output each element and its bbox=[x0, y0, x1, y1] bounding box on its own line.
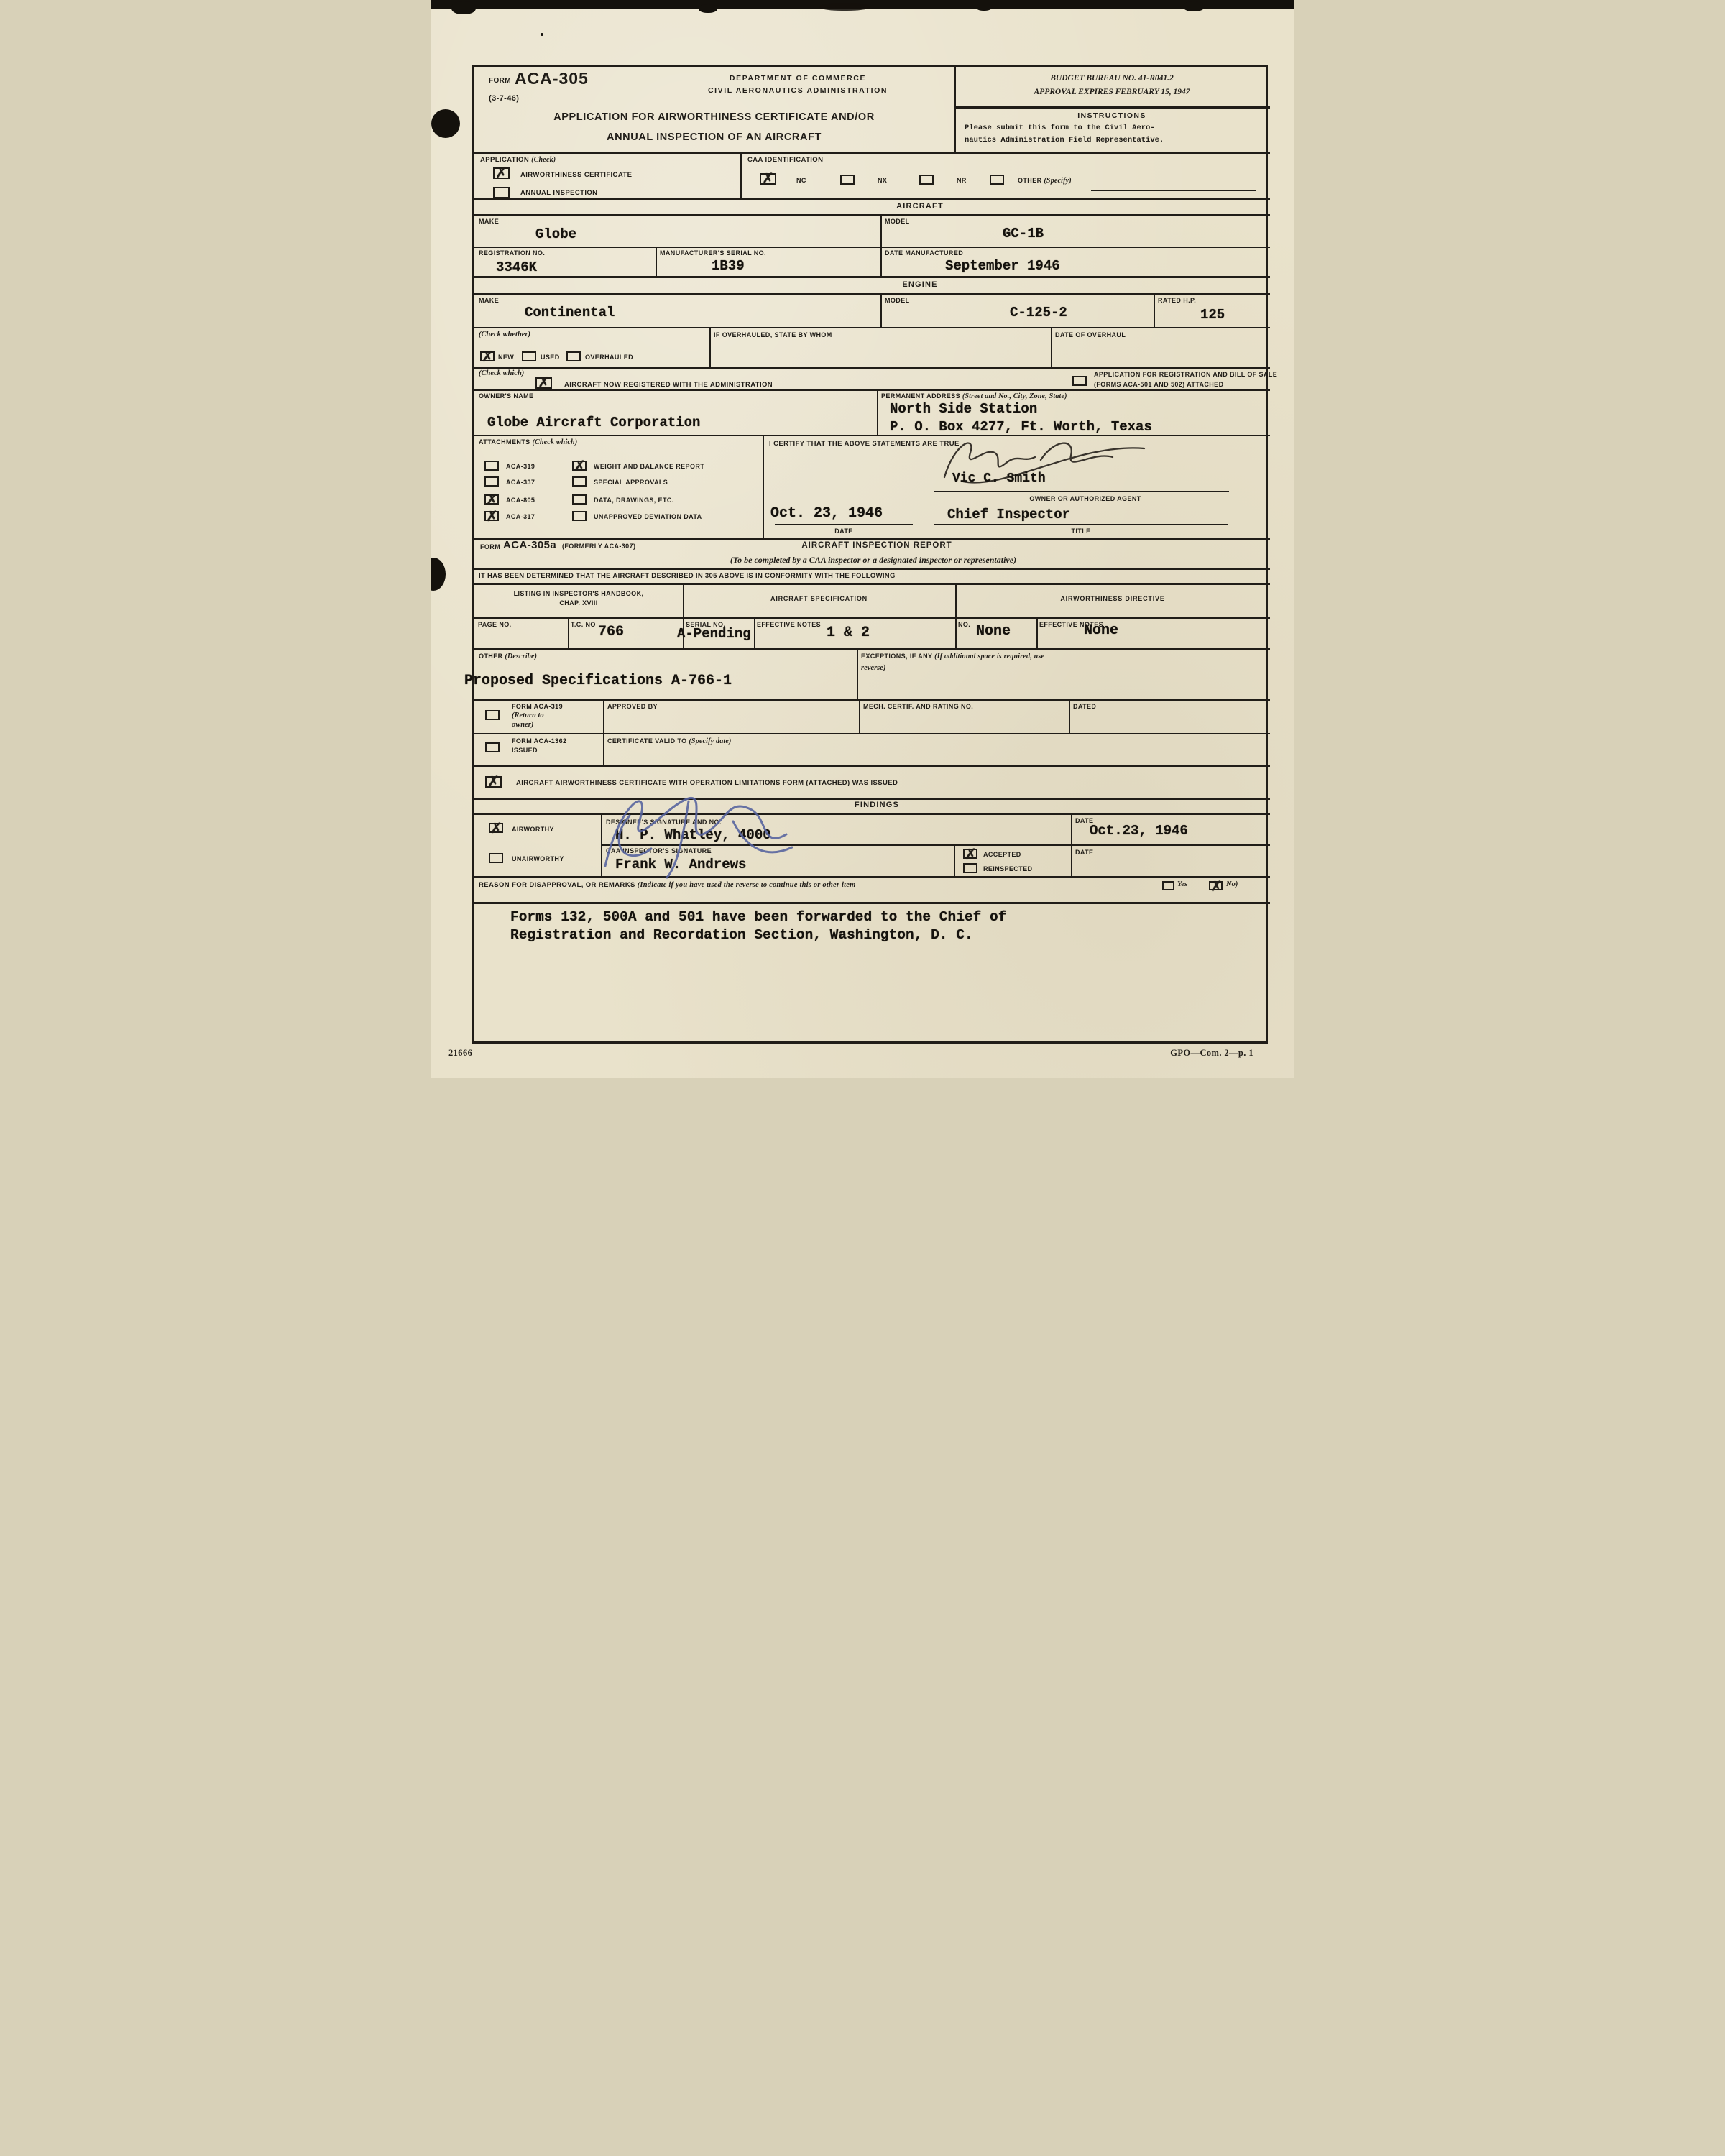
airworthy-checkbox: ✗ bbox=[489, 823, 503, 833]
inspection-report-subtitle: (To be completed by a CAA inspector or a… bbox=[532, 555, 1215, 566]
overhauled-by-label: IF OVERHAULED, STATE BY WHOM bbox=[714, 331, 832, 338]
row-border bbox=[474, 276, 1270, 278]
other-describe-label: OTHER (Describe) bbox=[479, 653, 537, 660]
cell-divider bbox=[859, 701, 860, 733]
form-revision: (3-7-46) bbox=[489, 94, 519, 103]
overhauled-checkbox bbox=[566, 351, 581, 361]
exceptions-label: EXCEPTIONS, IF ANY (If additional space … bbox=[861, 653, 1044, 660]
row-border bbox=[474, 648, 1270, 650]
form-aca-319-return2: owner) bbox=[512, 721, 533, 729]
reinspected-checkbox bbox=[963, 863, 977, 873]
col-aircraft-spec: AIRCRAFT SPECIFICATION bbox=[683, 595, 955, 602]
remarks-no-label: No) bbox=[1226, 880, 1238, 888]
permanent-address-label: PERMANENT ADDRESS (Street and No., City,… bbox=[881, 392, 1067, 400]
rated-hp-label: RATED H.P. bbox=[1158, 297, 1196, 304]
row-border bbox=[474, 293, 1270, 295]
punch-hole bbox=[431, 558, 446, 591]
cell-divider bbox=[568, 619, 569, 648]
remarks-no-checkbox: ✗ bbox=[1209, 881, 1223, 890]
registration-label: REGISTRATION NO. bbox=[479, 249, 545, 257]
accepted-label: ACCEPTED bbox=[983, 851, 1021, 858]
col-airworthiness-directive: AIRWORTHINESS DIRECTIVE bbox=[955, 595, 1270, 602]
ink-speck bbox=[540, 33, 543, 36]
date-manufactured-label: DATE MANUFACTURED bbox=[885, 249, 963, 257]
remarks-yes-checkbox bbox=[1162, 881, 1174, 890]
data-drawings-checkbox bbox=[572, 494, 586, 505]
punch-hole bbox=[431, 109, 460, 138]
row-border bbox=[474, 798, 1270, 800]
certification-date-label: DATE bbox=[775, 528, 913, 535]
certificate-valid-label: CERTIFICATE VALID TO (Specify date) bbox=[607, 737, 732, 745]
nc-label: NC bbox=[796, 177, 806, 184]
instructions-title: INSTRUCTIONS bbox=[957, 111, 1266, 120]
findings-date2-label: DATE bbox=[1075, 849, 1093, 856]
column-divider bbox=[740, 152, 742, 198]
airworthiness-certificate-checkbox: ✗ bbox=[493, 167, 510, 179]
certification-title-value: Chief Inspector bbox=[947, 507, 1070, 522]
aca-337-checkbox bbox=[484, 476, 499, 487]
spec-serial-value: A-Pending bbox=[677, 626, 751, 642]
aca-317-label: ACA-317 bbox=[506, 513, 535, 520]
row-border bbox=[474, 902, 1270, 904]
exceptions-label-line2: reverse) bbox=[861, 664, 885, 672]
approved-by-label: APPROVED BY bbox=[607, 703, 658, 710]
engine-section-title: ENGINE bbox=[866, 280, 974, 289]
registration-value: 3346K bbox=[496, 259, 537, 275]
check-which-label: (Check which) bbox=[479, 369, 524, 377]
aircraft-model-value: GC-1B bbox=[1003, 226, 1044, 241]
owner-name-label: OWNER'S NAME bbox=[479, 392, 533, 400]
agency-line2: CIVIL AERONAUTICS ADMINISTRATION bbox=[640, 86, 956, 95]
mech-certif-label: MECH. CERTIF. AND RATING NO. bbox=[863, 703, 973, 710]
nc-checkbox: ✗ bbox=[760, 173, 776, 185]
certificate-issued-label: AIRCRAFT AIRWORTHINESS CERTIFICATE WITH … bbox=[516, 779, 898, 787]
reason-remarks-label: REASON FOR DISAPPROVAL, OR REMARKS (Indi… bbox=[479, 881, 855, 889]
effective-notes-label: EFFECTIVE NOTES bbox=[757, 621, 821, 628]
unairworthy-checkbox bbox=[489, 853, 503, 863]
row-border bbox=[474, 733, 1270, 734]
tc-no-label: T.C. NO bbox=[571, 621, 596, 628]
overhaul-date-label: DATE OF OVERHAUL bbox=[1055, 331, 1126, 338]
airworthy-label: AIRWORTHY bbox=[512, 826, 554, 833]
reinspected-label: REINSPECTED bbox=[983, 865, 1032, 872]
owner-name-value: Globe Aircraft Corporation bbox=[487, 415, 700, 430]
form-aca-319-label: FORM ACA-319 bbox=[512, 703, 563, 710]
special-approvals-label: SPECIAL APPROVALS bbox=[594, 479, 668, 486]
owner-agent-label: OWNER OR AUTHORIZED AGENT bbox=[970, 495, 1200, 502]
title-line bbox=[934, 524, 1228, 525]
form-title-line2: ANNUAL INSPECTION OF AN AIRCRAFT bbox=[474, 132, 954, 143]
remarks-yes-label: Yes bbox=[1177, 880, 1187, 888]
page-no-label: PAGE NO. bbox=[478, 621, 512, 628]
cell-divider bbox=[954, 846, 955, 876]
cell-divider bbox=[709, 328, 711, 367]
findings-section-title: FINDINGS bbox=[819, 801, 934, 809]
row-border bbox=[474, 327, 1270, 328]
unapproved-deviation-checkbox bbox=[572, 511, 586, 521]
aca-319-checkbox bbox=[484, 461, 499, 471]
address-line2: P. O. Box 4277, Ft. Worth, Texas bbox=[890, 419, 1152, 435]
unapproved-deviation-label: UNAPPROVED DEVIATION DATA bbox=[594, 513, 702, 520]
aca-805-checkbox: ✗ bbox=[484, 494, 499, 505]
form-aca-319-checkbox bbox=[485, 710, 500, 720]
designee-signature-typed: H. P. Whatley, 4000 bbox=[615, 827, 771, 843]
ad-notes-value: None bbox=[1084, 622, 1118, 639]
budget-divider bbox=[954, 106, 1270, 109]
bill-of-sale-label-line1: APPLICATION FOR REGISTRATION AND BILL OF… bbox=[1094, 371, 1277, 378]
aca-805-label: ACA-805 bbox=[506, 497, 535, 504]
bill-of-sale-label-line2: (FORMS ACA-501 AND 502) ATTACHED bbox=[1094, 381, 1223, 388]
annual-inspection-label: ANNUAL INSPECTION bbox=[520, 189, 597, 197]
check-whether-label: (Check whether) bbox=[479, 331, 530, 338]
serial-label: MANUFACTURER'S SERIAL NO. bbox=[660, 249, 766, 257]
used-checkbox bbox=[522, 351, 536, 361]
cell-divider bbox=[1154, 293, 1155, 327]
address-line1: North Side Station bbox=[890, 401, 1037, 417]
form-aca-1362-issued: ISSUED bbox=[512, 747, 538, 754]
cell-divider bbox=[857, 650, 858, 699]
nr-label: NR bbox=[957, 177, 967, 184]
cell-divider bbox=[1051, 328, 1052, 367]
cell-divider bbox=[763, 436, 764, 538]
row-border bbox=[474, 583, 1270, 585]
cell-divider bbox=[655, 247, 657, 276]
cell-divider bbox=[880, 247, 882, 276]
determination-statement: IT HAS BEEN DETERMINED THAT THE AIRCRAFT… bbox=[479, 572, 896, 580]
aircraft-make-value: Globe bbox=[535, 226, 576, 242]
footer-print-code: 21666 bbox=[448, 1048, 472, 1059]
other-describe-value: Proposed Specifications A-766-1 bbox=[464, 673, 732, 689]
other-specify-line bbox=[1091, 190, 1256, 191]
row-border bbox=[474, 389, 1270, 391]
form-title-line1: APPLICATION FOR AIRWORTHINESS CERTIFICAT… bbox=[474, 111, 954, 123]
airworthiness-certificate-label: AIRWORTHINESS CERTIFICATE bbox=[520, 171, 632, 179]
row-border bbox=[474, 214, 1270, 216]
scan-mark bbox=[819, 3, 870, 11]
other-checkbox bbox=[990, 175, 1004, 185]
bill-of-sale-checkbox bbox=[1072, 376, 1087, 386]
cell-divider bbox=[1069, 701, 1070, 733]
accepted-checkbox: ✗ bbox=[963, 849, 977, 859]
annual-inspection-checkbox bbox=[493, 187, 510, 198]
cell-divider bbox=[880, 293, 882, 327]
caa-identification-label: CAA IDENTIFICATION bbox=[747, 156, 823, 164]
row-border bbox=[474, 152, 1270, 154]
scan-mark bbox=[699, 4, 717, 13]
budget-bureau-line1: BUDGET BUREAU NO. 41-R041.2 bbox=[957, 74, 1266, 83]
nx-checkbox bbox=[840, 175, 855, 185]
row-border bbox=[474, 699, 1270, 701]
row-border bbox=[474, 538, 1270, 540]
form-305a-formerly: (FORMERLY ACA-307) bbox=[562, 543, 635, 550]
used-label: USED bbox=[540, 354, 560, 361]
inspection-report-title: AIRCRAFT INSPECTION REPORT bbox=[676, 541, 1078, 550]
cell-divider bbox=[955, 619, 957, 648]
aca-317-checkbox: ✗ bbox=[484, 511, 499, 521]
aircraft-section-title: AIRCRAFT bbox=[862, 202, 977, 211]
remarks-line1: Forms 132, 500A and 501 have been forwar… bbox=[510, 909, 1006, 925]
attachments-label: ATTACHMENTS (Check which) bbox=[479, 438, 577, 446]
instructions-line1: Please submit this form to the Civil Aer… bbox=[965, 124, 1155, 132]
certification-date-value: Oct. 23, 1946 bbox=[770, 505, 883, 522]
row-border bbox=[474, 198, 1270, 200]
aca-319-label: ACA-319 bbox=[506, 463, 535, 470]
row-border bbox=[474, 813, 1270, 815]
form-border: FORM ACA-305 (3-7-46) DEPARTMENT OF COMM… bbox=[472, 65, 1268, 1044]
ad-no-label: NO. bbox=[958, 621, 970, 628]
aca-337-label: ACA-337 bbox=[506, 479, 535, 486]
unairworthy-label: UNAIRWORTHY bbox=[512, 855, 564, 862]
nr-checkbox bbox=[919, 175, 934, 185]
ad-no-value: None bbox=[976, 623, 1011, 640]
caa-inspector-signature-label: CAA INSPECTOR'S SIGNATURE bbox=[606, 847, 712, 854]
aircraft-model-label: MODEL bbox=[885, 218, 910, 225]
header-divider bbox=[954, 67, 956, 152]
special-approvals-checkbox bbox=[572, 476, 586, 487]
findings-date-value: Oct.23, 1946 bbox=[1090, 823, 1188, 839]
application-section-label: APPLICATION (Check) bbox=[480, 156, 556, 164]
scanned-form-page: FORM ACA-305 (3-7-46) DEPARTMENT OF COMM… bbox=[431, 0, 1294, 1078]
aircraft-make-label: MAKE bbox=[479, 218, 499, 225]
registered-label: AIRCRAFT NOW REGISTERED WITH THE ADMINIS… bbox=[564, 381, 773, 389]
signature-line bbox=[934, 491, 1229, 492]
row-border bbox=[474, 765, 1270, 767]
certification-title-label: TITLE bbox=[934, 528, 1228, 535]
form-aca-319-return1: (Return to bbox=[512, 711, 544, 719]
form-305a-word: FORM bbox=[480, 543, 500, 550]
scan-mark bbox=[451, 1, 476, 14]
row-border bbox=[474, 568, 1270, 570]
form-305a-number: ACA-305a bbox=[503, 539, 556, 551]
col-listing-line1: LISTING IN INSPECTOR'S HANDBOOK, bbox=[474, 590, 683, 597]
new-label: NEW bbox=[498, 354, 514, 361]
remarks-line2: Registration and Recordation Section, Wa… bbox=[510, 927, 973, 943]
cell-divider bbox=[1036, 619, 1038, 648]
rated-hp-value: 125 bbox=[1200, 307, 1225, 323]
registered-checkbox: ✗ bbox=[535, 377, 552, 389]
cell-divider bbox=[877, 391, 878, 435]
overhauled-label: OVERHAULED bbox=[585, 354, 633, 361]
weight-balance-label: WEIGHT AND BALANCE REPORT bbox=[594, 463, 704, 470]
new-checkbox: ✗ bbox=[480, 351, 494, 361]
row-border bbox=[474, 435, 1270, 436]
nx-label: NX bbox=[878, 177, 887, 184]
scan-mark bbox=[1183, 1, 1205, 11]
owner-signature-typed: Vic C. Smith bbox=[952, 471, 1046, 486]
row-border bbox=[474, 617, 1270, 619]
caa-inspector-signature-typed: Frank W. Andrews bbox=[615, 857, 746, 872]
engine-model-value: C-125-2 bbox=[1010, 305, 1067, 321]
serial-value: 1B39 bbox=[712, 258, 745, 274]
row-border bbox=[474, 367, 1270, 369]
weight-balance-checkbox: ✗ bbox=[572, 461, 586, 471]
date-manufactured-value: September 1946 bbox=[945, 258, 1060, 274]
cell-divider bbox=[754, 619, 755, 648]
dated-label: DATED bbox=[1073, 703, 1096, 710]
row-border bbox=[601, 844, 1270, 846]
tc-no-value: 766 bbox=[598, 624, 624, 640]
row-border bbox=[474, 247, 1270, 248]
engine-make-value: Continental bbox=[525, 305, 615, 321]
cell-divider bbox=[880, 214, 882, 247]
effective-notes-value: 1 & 2 bbox=[827, 625, 870, 641]
form-number: ACA-305 bbox=[515, 69, 589, 88]
other-label: OTHER (Specify) bbox=[1018, 177, 1072, 185]
date-line bbox=[775, 524, 913, 525]
form-aca-1362-label: FORM ACA-1362 bbox=[512, 737, 566, 745]
col-listing-line2: CHAP. XVIII bbox=[474, 599, 683, 607]
instructions-line2: nautics Administration Field Representat… bbox=[965, 136, 1164, 144]
budget-bureau-line2: APPROVAL EXPIRES FEBRUARY 15, 1947 bbox=[957, 88, 1266, 96]
engine-make-label: MAKE bbox=[479, 297, 499, 304]
row-border bbox=[474, 876, 1270, 878]
form-aca-1362-checkbox bbox=[485, 742, 500, 752]
designee-signature-label: DESIGNEE'S SIGNATURE AND NO. bbox=[606, 819, 722, 826]
footer-gpo: GPO—Com. 2—p. 1 bbox=[1170, 1048, 1253, 1059]
agency-line1: DEPARTMENT OF COMMERCE bbox=[640, 74, 956, 83]
form-word: FORM bbox=[489, 77, 511, 85]
certificate-issued-checkbox: ✗ bbox=[485, 776, 502, 788]
engine-model-label: MODEL bbox=[885, 297, 910, 304]
data-drawings-label: DATA, DRAWINGS, ETC. bbox=[594, 497, 674, 504]
certify-statement: I CERTIFY THAT THE ABOVE STATEMENTS ARE … bbox=[769, 440, 960, 448]
scan-mark bbox=[976, 4, 992, 11]
